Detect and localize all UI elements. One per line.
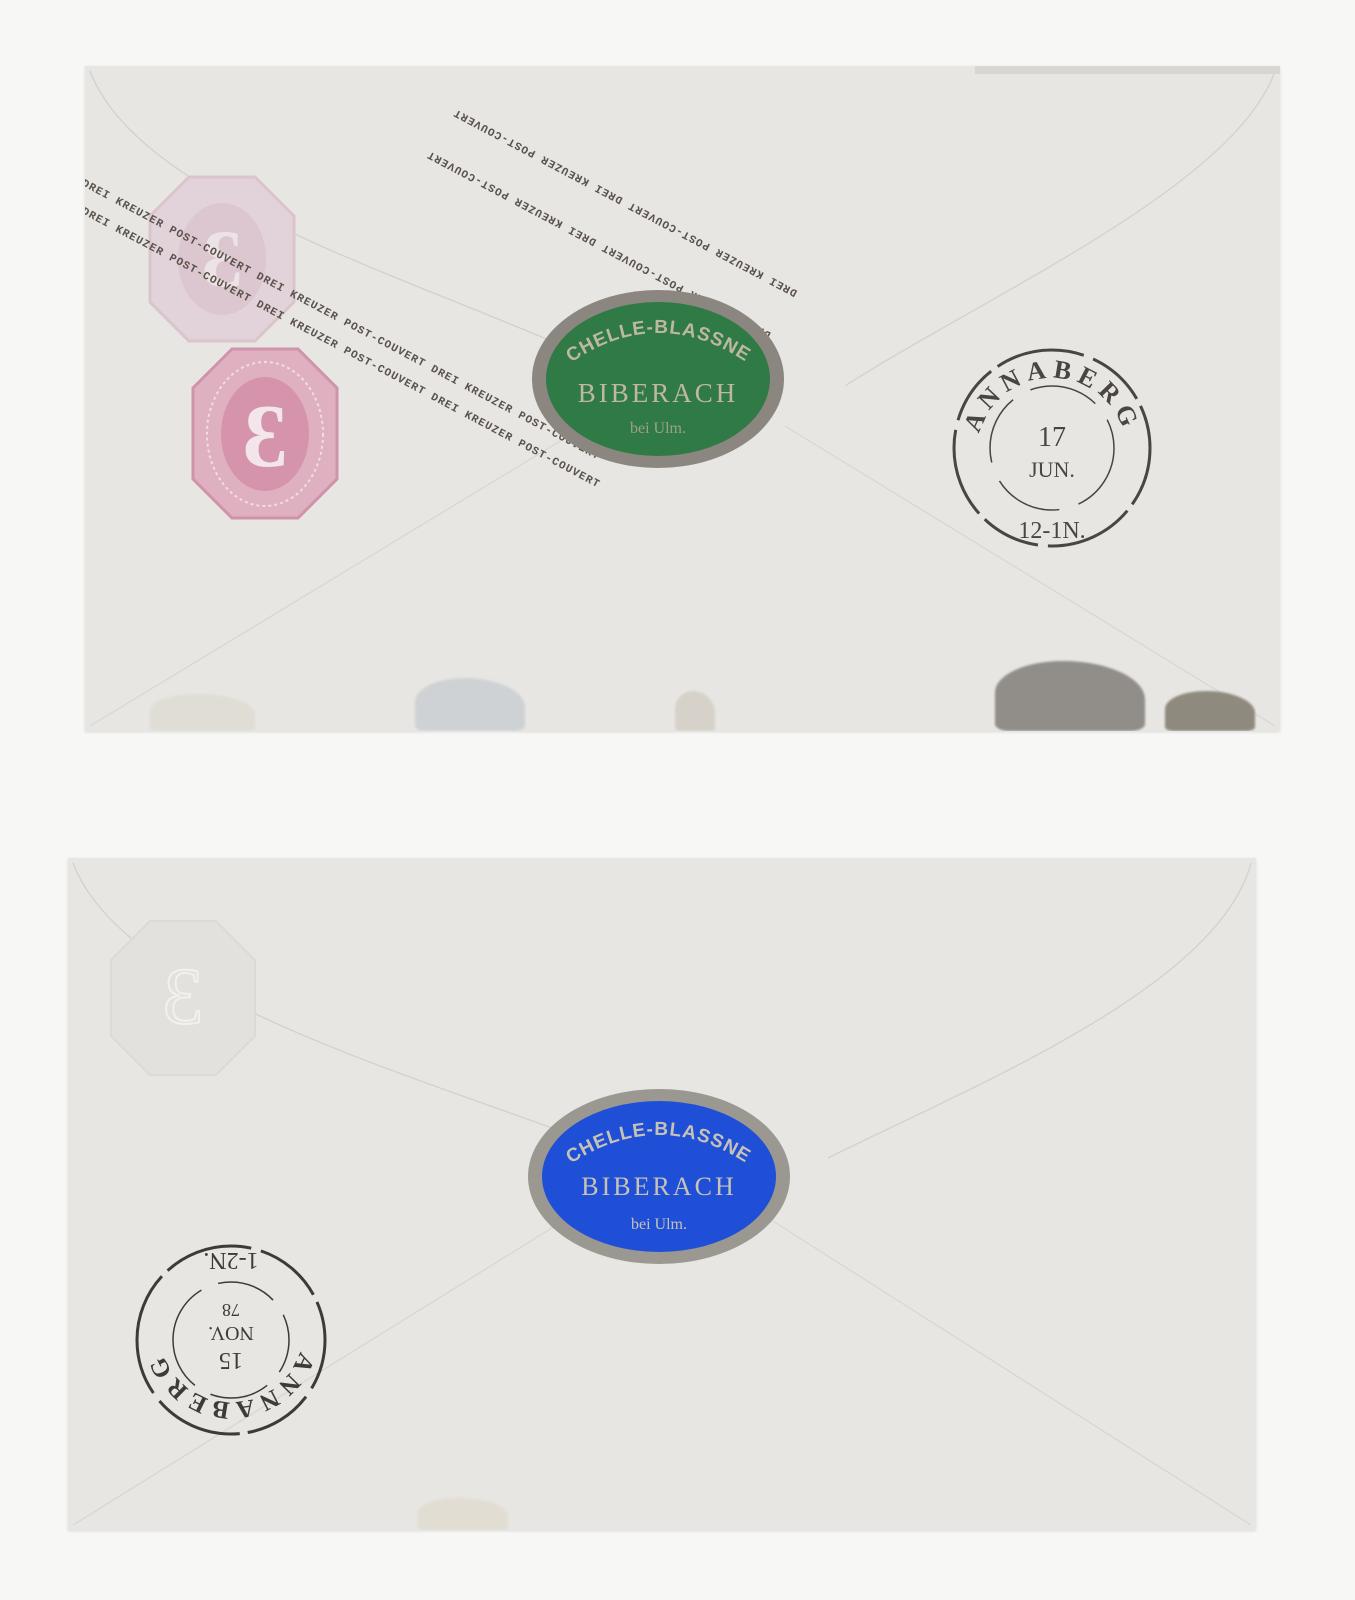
svg-text:3: 3	[243, 387, 288, 486]
label-subtitle: bei Ulm.	[630, 420, 686, 437]
postmark-annaberg-inverted: ANNABERG 15 NOV. 78 1-2N.	[131, 1240, 331, 1440]
svg-text:12-1N.: 12-1N.	[1018, 518, 1085, 544]
label-subtitle: bei Ulm.	[631, 1216, 687, 1233]
label-city: BIBERACH	[578, 378, 739, 408]
envelope-top: 3 3 DREI KREUZER POST-COUVERT DREI KREUZ…	[85, 66, 1280, 731]
stamp-3-kreuzer-icon: 3	[190, 346, 340, 521]
seal-label-blue: SCHELLE-BLASSNEK BIBERACH bei Ulm.	[528, 1089, 790, 1264]
svg-text:SCHELLE-BLASSNEK: SCHELLE-BLASSNEK	[532, 290, 754, 367]
svg-text:JUN.: JUN.	[1029, 457, 1075, 482]
stain	[1165, 691, 1255, 731]
envelope-bottom: 3 SCHELLE-BLASSNEK BIBERACH bei Ulm. ANN…	[68, 858, 1256, 1530]
svg-text:SCHELLE-BLASSNEK: SCHELLE-BLASSNEK	[528, 1089, 755, 1168]
stain	[150, 694, 255, 731]
label-company-name: SCHELLE-BLASSNEK	[532, 290, 754, 367]
stain	[418, 1498, 508, 1530]
postmark-annaberg: ANNABERG 17 JUN. 12-1N.	[947, 343, 1157, 553]
label-company-name: SCHELLE-BLASSNEK	[528, 1089, 755, 1168]
svg-text:3: 3	[163, 953, 203, 1041]
seal-label-green: SCHELLE-BLASSNEK BIBERACH bei Ulm.	[532, 290, 784, 468]
svg-text:NOV.: NOV.	[208, 1322, 254, 1344]
svg-text:1-2N.: 1-2N.	[203, 1247, 258, 1273]
svg-text:78: 78	[222, 1300, 240, 1320]
label-city: BIBERACH	[581, 1172, 736, 1201]
svg-text:15: 15	[219, 1347, 243, 1373]
stain	[675, 691, 715, 731]
svg-text:17: 17	[1038, 422, 1066, 453]
stamp-embossed-icon: 3	[108, 918, 258, 1078]
